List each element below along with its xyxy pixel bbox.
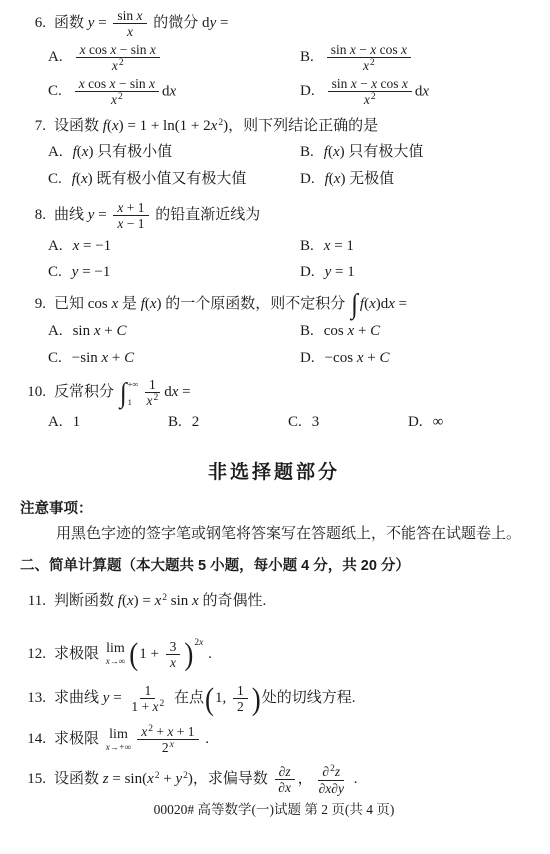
text: +: [101, 323, 117, 339]
text: 曲线: [54, 207, 88, 223]
text: +: [354, 323, 370, 339]
option-label: C.: [48, 169, 62, 191]
text: =: [216, 15, 228, 31]
superscript: 2: [371, 92, 376, 102]
option-label: B.: [300, 142, 314, 164]
superscript: x: [170, 740, 174, 750]
math-var: x: [170, 83, 177, 99]
right-paren: ): [184, 640, 193, 669]
text: ) = 1 + ln(1 + 2: [119, 118, 211, 134]
math-var: x: [170, 655, 176, 670]
question-q13: 13.求曲线 y = 11 + x2 在点(1, 12)处的切线方程.: [20, 683, 528, 715]
text: 1: [237, 683, 244, 698]
limit-operator: limx→+∞: [106, 728, 131, 752]
text: =: [109, 690, 125, 706]
numerator: x2 + x + 1: [137, 724, 198, 741]
math-var: x: [333, 144, 340, 160]
superscript: 2: [183, 771, 188, 781]
numerator: x + 1: [113, 200, 148, 216]
superscript: 2: [148, 724, 153, 734]
option-label: B.: [168, 412, 182, 434]
option: D.∞: [408, 411, 443, 435]
stem-content: 已知 cos x 是 f(x) 的一个原函数，则不定积分 ∫f(x)dx =: [54, 296, 407, 312]
text: 1: [149, 377, 156, 392]
left-paren: (: [129, 640, 138, 669]
math-var: y: [338, 781, 344, 796]
text: − 1: [123, 216, 144, 231]
math-var: C: [370, 323, 380, 339]
text: −: [357, 76, 371, 91]
question-stem: 12.求极限 limx→∞(1 + 3x)2x .: [20, 639, 528, 670]
math-var: y: [175, 771, 182, 787]
text: ) 既有极小值又有极大值: [88, 171, 247, 187]
text: sin: [331, 42, 350, 57]
numerator: x cos x − sin x: [76, 42, 160, 58]
superscript: 2: [153, 393, 158, 403]
text: ∂: [278, 780, 285, 795]
text: = −1: [78, 264, 110, 280]
superscript: 2: [218, 118, 223, 128]
question-number: 7.: [20, 116, 46, 138]
option: D.−cos x + C: [300, 345, 528, 372]
question-q10: 10.反常积分 ∫+∞11x2dx =A.1B.2C.3D.∞: [20, 377, 528, 434]
math-var: x: [364, 92, 370, 107]
math-var: x: [369, 296, 376, 312]
option-label: A.: [48, 236, 63, 258]
option-label: A.: [48, 142, 63, 164]
numerator: x cos x − sin x: [75, 76, 159, 92]
text: =: [94, 15, 110, 31]
text: ) =: [134, 593, 155, 609]
fraction: x + 1x − 1: [113, 200, 148, 231]
question-stem: 10.反常积分 ∫+∞11x2dx =: [20, 377, 528, 409]
stem-content: 求极限 limx→+∞x2 + x + 12x .: [54, 731, 209, 747]
question-q7: 7.设函数 f(x) = 1 + ln(1 + 2x2)，则下列结论正确的是A.…: [20, 116, 528, 193]
text: 已知 cos: [54, 296, 112, 312]
fraction: ∂2z∂x∂y: [316, 764, 347, 796]
math-var: x: [401, 42, 407, 57]
math-var: x: [192, 593, 199, 609]
denominator: x: [167, 655, 179, 670]
option-content: x cos x − sin xx2dx: [72, 76, 176, 108]
question-stem: 6.函数 y = sin xx 的微分 dy =: [20, 8, 528, 39]
question-stem: 11.判断函数 f(x) = x2 sin x 的奇偶性.: [20, 591, 528, 613]
option: A.f(x) 只有极小值: [48, 139, 300, 166]
fraction: sin x − x cos xx2: [327, 42, 411, 74]
text: d: [164, 384, 172, 400]
option-content: f(x) 无极值: [325, 169, 395, 191]
question-number: 10.: [20, 382, 46, 404]
text: .: [204, 646, 212, 662]
question-q9: 9.已知 cos x 是 f(x) 的一个原函数，则不定积分 ∫f(x)dx =…: [20, 292, 528, 373]
math-var: x: [147, 771, 154, 787]
text: sin: [332, 76, 351, 91]
math-var: x: [388, 296, 395, 312]
option-label: C.: [288, 412, 302, 434]
math-var: z: [335, 764, 340, 779]
option-label: A.: [48, 412, 63, 434]
question-q11: 11.判断函数 f(x) = x2 sin x 的奇偶性.: [20, 591, 528, 613]
option: B.x = 1: [300, 233, 528, 260]
option: A.x cos x − sin xx2: [48, 41, 300, 75]
question-number: 8.: [20, 205, 46, 227]
option-label: D.: [300, 262, 315, 284]
superscript: 2: [162, 593, 167, 603]
text: = 1: [330, 238, 353, 254]
question-stem: 7.设函数 f(x) = 1 + ln(1 + 2x2)，则下列结论正确的是: [20, 116, 528, 138]
numerator: sin x − x cos x: [327, 42, 411, 58]
option-content: ∞: [433, 412, 444, 434]
text: 的铅直渐近线为: [152, 207, 261, 223]
text: sin: [117, 8, 136, 23]
denominator: ∂x: [275, 780, 294, 795]
text: −cos: [325, 350, 357, 366]
option: B.sin x − x cos xx2: [300, 41, 528, 75]
numerator: 1: [145, 377, 160, 393]
superscript: 2: [330, 764, 335, 774]
lim-word: lim: [109, 728, 128, 742]
fraction: 3x: [166, 639, 181, 670]
denominator: x2: [109, 58, 127, 74]
option: A.x = −1: [48, 233, 300, 260]
option-content: sin x + C: [73, 321, 127, 343]
text: ) 只有极小值: [88, 144, 172, 160]
option-content: sin x − x cos xx2dx: [325, 76, 429, 108]
superscript: 2: [155, 771, 160, 781]
math-var: x: [422, 83, 429, 99]
question-stem: 9.已知 cos x 是 f(x) 的一个原函数，则不定积分 ∫f(x)dx =: [20, 292, 528, 317]
text: +: [363, 350, 379, 366]
denominator: 2: [234, 699, 247, 714]
text: 3: [312, 414, 320, 430]
question-number: 6.: [20, 13, 46, 35]
options: A.x = −1B.x = 1C.y = −1D.y = 1: [20, 233, 528, 287]
options: A.f(x) 只有极小值B.f(x) 只有极大值C.f(x) 既有极小值又有极大…: [20, 139, 528, 193]
option: C.3: [288, 411, 408, 435]
text: 2: [160, 699, 165, 709]
option: A.sin x + C: [48, 319, 300, 346]
numerator: ∂2z: [318, 764, 344, 781]
question-stem: 14.求极限 limx→+∞x2 + x + 12x .: [20, 724, 528, 756]
lim-word: lim: [106, 642, 125, 656]
notice-title: 注意事项：: [20, 499, 528, 520]
fraction: 1x2: [143, 377, 161, 409]
text: ∂: [331, 781, 338, 796]
text: 是: [118, 296, 141, 312]
fraction: ∂z∂x: [275, 764, 295, 795]
option-content: y = 1: [325, 262, 355, 284]
fraction: x cos x − sin xx2: [76, 42, 160, 74]
text: +: [160, 771, 176, 787]
option-content: 1: [73, 412, 81, 434]
question-stem: 13.求曲线 y = 11 + x2 在点(1, 12)处的切线方程.: [20, 683, 528, 715]
option-content: f(x) 只有极小值: [73, 142, 173, 164]
stem-content: 曲线 y = x + 1x − 1 的铅直渐近线为: [54, 207, 260, 223]
option-label: B.: [300, 236, 314, 258]
text: 判断函数: [54, 593, 118, 609]
superscript: 2: [118, 92, 123, 102]
option: D.y = 1: [300, 260, 528, 287]
math-var: x: [150, 296, 157, 312]
text: −: [356, 42, 370, 57]
option: B.2: [168, 411, 288, 435]
text: − sin: [116, 42, 150, 57]
option-content: −sin x + C: [72, 348, 134, 370]
fraction: x2 + x + 12x: [137, 724, 198, 756]
math-var: x: [155, 593, 162, 609]
option: B.cos x + C: [300, 319, 528, 346]
stem-content: 求曲线 y = 11 + x2 在点(1, 12)处的切线方程.: [54, 690, 356, 706]
lower-limit: 1: [128, 398, 139, 407]
text: cos: [86, 42, 111, 57]
text: 1: [144, 683, 151, 698]
text: ) 只有极大值: [340, 144, 424, 160]
option: C.y = −1: [48, 260, 300, 287]
option: D.f(x) 无极值: [300, 166, 528, 193]
question-number: 12.: [20, 644, 46, 666]
question-q15: 15.设函数 z = sin(x2 + y2)，求偏导数 ∂z∂x，∂2z∂x∂…: [20, 764, 528, 796]
math-var: x: [81, 171, 88, 187]
question-number: 13.: [20, 688, 46, 710]
text: 求曲线: [54, 690, 103, 706]
text: cos: [377, 76, 402, 91]
option-label: C.: [48, 81, 62, 103]
option-label: C.: [48, 348, 62, 370]
math-var: x: [111, 92, 117, 107]
question-stem: 15.设函数 z = sin(x2 + y2)，求偏导数 ∂z∂x，∂2z∂x∂…: [20, 764, 528, 796]
option-content: x cos x − sin xx2: [73, 42, 163, 74]
text: 设函数: [54, 118, 103, 134]
option-label: D.: [300, 348, 315, 370]
integral-limits: +∞1: [128, 380, 139, 407]
text: 2: [155, 771, 160, 781]
denominator: 2x: [159, 740, 177, 756]
numerator: sin x − x cos x: [328, 76, 412, 92]
text: 求极限: [54, 731, 103, 747]
question-q12: 12.求极限 limx→∞(1 + 3x)2x .: [20, 639, 528, 670]
denominator: x: [124, 24, 136, 39]
option-label: B.: [300, 321, 314, 343]
right-paren: ): [252, 684, 261, 713]
lim-under: x→∞: [106, 657, 125, 666]
options: A.sin x + CB.cos x + CC.−sin x + CD.−cos…: [20, 319, 528, 373]
math-var: x: [402, 76, 408, 91]
stem-content: 设函数 z = sin(x2 + y2)，求偏导数 ∂z∂x，∂2z∂x∂y .: [54, 771, 357, 787]
text: +: [153, 724, 167, 739]
section-heading: 非选择题部分: [20, 459, 528, 487]
question-stem: 8.曲线 y = x + 1x − 1 的铅直渐近线为: [20, 200, 528, 231]
stem-content: 判断函数 f(x) = x2 sin x 的奇偶性.: [54, 593, 266, 609]
stem-content: 求极限 limx→∞(1 + 3x)2x .: [54, 646, 212, 662]
question-q6: 6.函数 y = sin xx 的微分 dy =A.x cos x − sin …: [20, 8, 528, 109]
text: 1 +: [131, 699, 152, 714]
option-label: A.: [48, 47, 63, 69]
section2-title: 二、简单计算题（本大题共 5 小题，每小题 4 分，共 20 分）: [20, 556, 528, 577]
math-var: x: [127, 593, 134, 609]
text: 1: [73, 414, 81, 430]
option-content: f(x) 只有极大值: [324, 142, 424, 164]
denominator: ∂x∂y: [316, 781, 347, 796]
math-var: x: [153, 699, 159, 714]
text: 设函数: [54, 771, 103, 787]
math-var: x: [112, 58, 118, 73]
integral-sign: ∫: [120, 379, 127, 407]
fraction: sin xx: [113, 8, 146, 39]
option: C.f(x) 既有极小值又有极大值: [48, 166, 300, 193]
text: 3: [170, 639, 177, 654]
numerator: 3: [166, 639, 181, 655]
page-footer: 00020# 高等数学(一)试题 第 2 页(共 4 页): [20, 800, 528, 820]
numerator: 1: [140, 683, 155, 699]
text: )，求偏导数: [188, 771, 272, 787]
denominator: 1 + x2: [128, 699, 167, 715]
option-label: B.: [300, 47, 314, 69]
text: 函数: [54, 15, 88, 31]
text: 求极限: [54, 646, 103, 662]
option-label: D.: [408, 412, 423, 434]
denominator: x − 1: [114, 216, 147, 231]
stem-content: 反常积分 ∫+∞11x2dx =: [54, 384, 191, 400]
text: d: [162, 83, 170, 99]
option-content: y = −1: [72, 262, 111, 284]
question-number: 15.: [20, 769, 46, 791]
question-number: 14.: [20, 729, 46, 751]
paren-content: 1 + 3x: [138, 639, 184, 670]
integral: ∫+∞1: [120, 380, 139, 407]
question-number: 9.: [20, 294, 46, 316]
option-label: D.: [300, 81, 315, 103]
limit-operator: limx→∞: [106, 642, 125, 666]
fraction: x cos x − sin xx2: [75, 76, 159, 108]
option-content: 2: [192, 412, 200, 434]
option: D.sin x − x cos xx2dx: [300, 75, 528, 109]
text: 2: [370, 58, 375, 68]
option: B.f(x) 只有极大值: [300, 139, 528, 166]
text: 反常积分: [54, 384, 118, 400]
text: = sin(: [109, 771, 147, 787]
text: 2: [192, 414, 200, 430]
text: =: [395, 296, 407, 312]
text: sin: [167, 593, 192, 609]
math-var: C: [124, 350, 134, 366]
math-var: x: [146, 393, 152, 408]
question-q14: 14.求极限 limx→+∞x2 + x + 12x .: [20, 724, 528, 756]
exam-page: 6.函数 y = sin xx 的微分 dy =A.x cos x − sin …: [0, 0, 550, 854]
option: C.−sin x + C: [48, 345, 300, 372]
option: C.x cos x − sin xx2dx: [48, 75, 300, 109]
text: 2: [153, 393, 158, 403]
option-content: x = 1: [324, 236, 354, 258]
text: + 1: [123, 200, 144, 215]
fraction: sin x − x cos xx2: [328, 76, 412, 108]
denominator: x2: [143, 393, 161, 409]
numerator: 1: [233, 683, 248, 699]
options: A.1B.2C.3D.∞: [20, 411, 528, 435]
text: )，则下列结论正确的是: [223, 118, 378, 134]
denominator: x2: [360, 58, 378, 74]
text: =: [94, 207, 110, 223]
text: 2: [183, 771, 188, 781]
text: .: [202, 731, 210, 747]
text: =: [178, 384, 190, 400]
fraction: 11 + x2: [128, 683, 167, 715]
upper-limit: +∞: [128, 380, 139, 389]
superscript: 2: [160, 699, 165, 709]
math-var: C: [379, 350, 389, 366]
fraction: 12: [233, 683, 248, 714]
text: +: [108, 350, 124, 366]
option-label: C.: [48, 262, 62, 284]
question-number: 11.: [20, 591, 46, 613]
text: 2: [330, 764, 335, 774]
math-var: x: [112, 118, 119, 134]
exponent: 2x: [194, 637, 203, 651]
text: = −1: [79, 238, 111, 254]
stem-content: 函数 y = sin xx 的微分 dy =: [54, 15, 228, 31]
options: A.x cos x − sin xx2B.sin x − x cos xx2C.…: [20, 41, 528, 108]
math-var: x: [170, 740, 174, 750]
integral: ∫: [351, 292, 358, 317]
text: 2: [237, 699, 244, 714]
text: ，: [298, 771, 313, 787]
paren-group: (1 + 3x)2x: [129, 639, 203, 670]
option-label: D.: [300, 169, 315, 191]
text: − sin: [116, 76, 150, 91]
math-var: x: [137, 8, 143, 23]
text: )d: [376, 296, 389, 312]
text: 在点: [170, 690, 204, 706]
math-var: x: [150, 42, 156, 57]
text: 的微分 d: [150, 15, 210, 31]
math-var: C: [117, 323, 127, 339]
text: ) 无极值: [340, 171, 394, 187]
math-var: x: [94, 323, 101, 339]
text: cos: [324, 323, 348, 339]
paren-content: 1, 12: [214, 683, 252, 714]
math-var: x: [285, 780, 291, 795]
multiple-choice-section: 6.函数 y = sin xx 的微分 dy =A.x cos x − sin …: [20, 8, 528, 435]
option-content: sin x − x cos xx2: [324, 42, 414, 74]
calculation-section: 11.判断函数 f(x) = x2 sin x 的奇偶性.12.求极限 limx…: [20, 591, 528, 796]
text: .: [350, 771, 358, 787]
denominator: x2: [361, 92, 379, 108]
numerator: sin x: [113, 8, 146, 24]
denominator: x2: [108, 92, 126, 108]
text: cos: [85, 76, 110, 91]
option: A.1: [48, 411, 168, 435]
math-var: x: [141, 724, 147, 739]
integral-sign: ∫: [351, 290, 358, 318]
notice-body: 用黑色字迹的签字笔或钢笔将答案写在答题纸上，不能答在试题卷上。: [20, 524, 528, 546]
option-content: 3: [312, 412, 320, 434]
question-q8: 8.曲线 y = x + 1x − 1 的铅直渐近线为A.x = −1B.x =…: [20, 200, 528, 287]
text: −sin: [72, 350, 102, 366]
text: 2: [162, 740, 169, 755]
option-content: cos x + C: [324, 321, 380, 343]
text: sin: [73, 323, 94, 339]
superscript: 2: [119, 58, 124, 68]
option-label: A.: [48, 321, 63, 343]
text: 2: [118, 92, 123, 102]
math-var: x: [127, 24, 133, 39]
math-var: z: [285, 764, 290, 779]
option-content: f(x) 既有极小值又有极大值: [72, 169, 247, 191]
text: 的奇偶性.: [199, 593, 267, 609]
paren-group: (1, 12): [205, 683, 261, 714]
text: 2: [218, 118, 223, 128]
text: 2: [162, 593, 167, 603]
option-content: x = −1: [73, 236, 112, 258]
